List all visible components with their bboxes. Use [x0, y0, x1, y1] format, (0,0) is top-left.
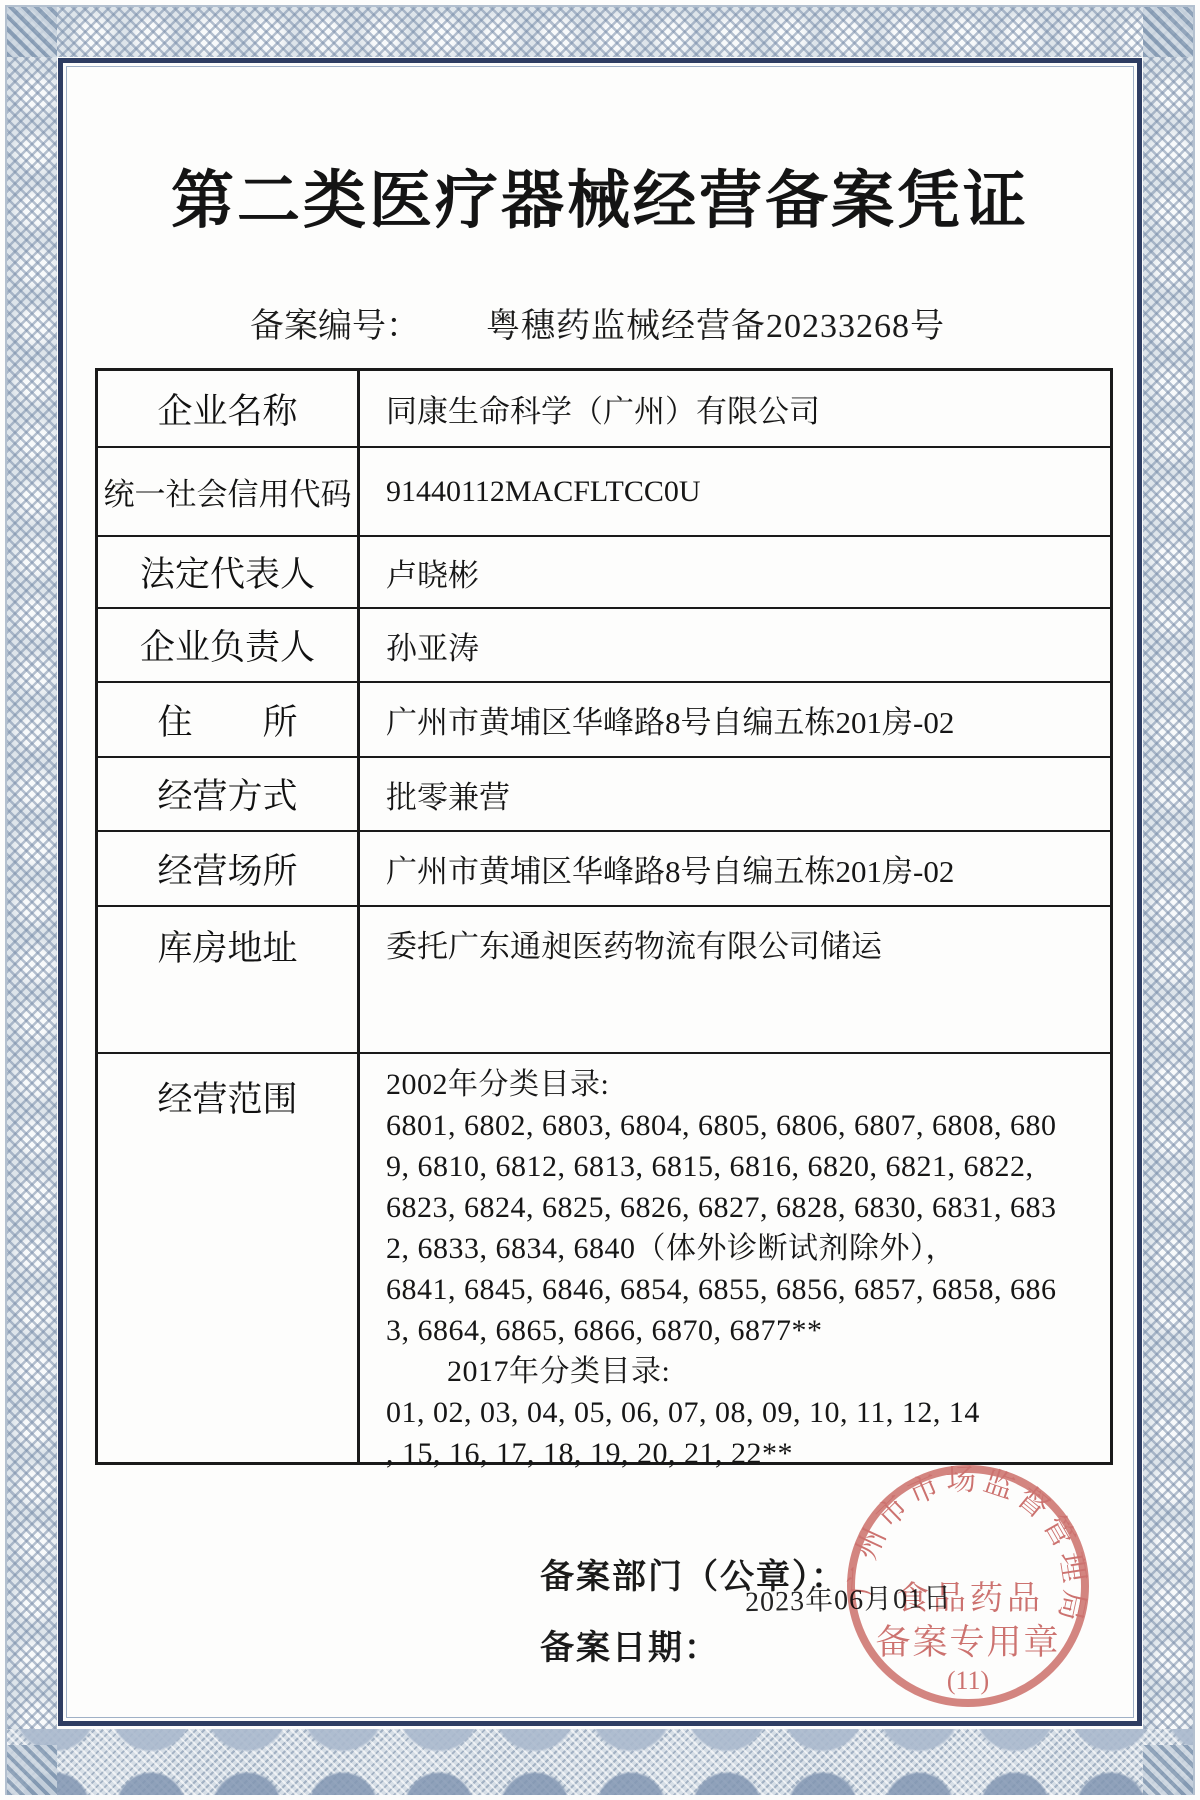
scope-line: 2, 6833, 6834, 6840（体外诊断试剂除外）， [386, 1228, 1102, 1269]
border-corner-bottom-left [7, 1745, 57, 1795]
table-row-warehouse-address: 库房地址 委托广东通昶医药物流有限公司储运 [98, 905, 1110, 1052]
table-row-company-name: 企业名称 同康生命科学（广州）有限公司 [98, 371, 1110, 446]
guilloche-band-left [7, 7, 57, 1795]
guilloche-band-bottom [7, 1729, 1193, 1795]
scope-line: 2002年分类目录: [386, 1064, 1102, 1105]
row-label: 统一社会信用代码 [98, 448, 357, 535]
certificate-page: 第二类医疗器械经营备案凭证 备案编号：粤穗药监械经营备20233268号 企业名… [0, 0, 1200, 1800]
guilloche-band-top [7, 7, 1193, 57]
filing-number-label: 备案编号： [250, 308, 420, 345]
table-row-residence: 住 所 广州市黄埔区华峰路8号自编五栋201房-02 [98, 681, 1110, 756]
guilloche-band-right [1143, 7, 1193, 1795]
scope-line: , 15, 16, 17, 18, 19, 20, 21, 22** [386, 1433, 1102, 1474]
scope-line: 6801, 6802, 6803, 6804, 6805, 6806, 6807… [386, 1105, 1102, 1146]
table-row-business-mode: 经营方式 批零兼营 [98, 756, 1110, 830]
border-corner-top-left [7, 7, 57, 57]
filing-date-value: 2023年06月01日 [745, 1576, 953, 1620]
row-value: 批零兼营 [357, 758, 1110, 830]
table-row-credit-code: 统一社会信用代码 91440112MACFLTCC0U [98, 446, 1110, 535]
row-value: 卢晓彬 [357, 537, 1110, 607]
row-label: 住 所 [98, 683, 357, 756]
row-label: 经营场所 [98, 832, 357, 905]
table-row-person-in-charge: 企业负责人 孙亚涛 [98, 607, 1110, 681]
scope-line: 2017年分类目录: [386, 1351, 1102, 1392]
filing-date-label: 备案日期： [540, 1620, 720, 1669]
certificate-title: 第二类医疗器械经营备案凭证 [0, 150, 1200, 241]
row-label: 经营方式 [98, 758, 357, 830]
scope-line: 6823, 6824, 6825, 6826, 6827, 6828, 6830… [386, 1187, 1102, 1228]
filing-number-value: 粤穗药监械经营备20233268号 [486, 308, 945, 345]
seal-line-number: (11) [947, 1666, 989, 1695]
scope-line: 6841, 6845, 6846, 6854, 6855, 6856, 6857… [386, 1269, 1102, 1310]
row-value: 孙亚涛 [357, 609, 1110, 681]
row-value: 同康生命科学（广州）有限公司 [357, 371, 1110, 446]
row-value: 广州市黄埔区华峰路8号自编五栋201房-02 [357, 683, 1110, 756]
table-row-legal-representative: 法定代表人 卢晓彬 [98, 535, 1110, 607]
scope-line: 01, 02, 03, 04, 05, 06, 07, 08, 09, 10, … [386, 1392, 1102, 1433]
row-value: 广州市黄埔区华峰路8号自编五栋201房-02 [357, 832, 1110, 905]
border-corner-top-right [1143, 7, 1193, 57]
row-value: 91440112MACFLTCC0U [357, 448, 1110, 535]
scope-line: 9, 6810, 6812, 6813, 6815, 6816, 6820, 6… [386, 1146, 1102, 1187]
row-label: 法定代表人 [98, 537, 357, 607]
table-row-business-premises: 经营场所 广州市黄埔区华峰路8号自编五栋201房-02 [98, 830, 1110, 905]
row-value: 委托广东通昶医药物流有限公司储运 [357, 907, 1110, 1052]
row-label: 经营范围 [98, 1054, 357, 1462]
certificate-table: 企业名称 同康生命科学（广州）有限公司 统一社会信用代码 91440112MAC… [95, 368, 1113, 1465]
filing-number-line: 备案编号：粤穗药监械经营备20233268号 [250, 298, 945, 347]
row-label: 库房地址 [98, 907, 357, 1052]
table-row-business-scope: 经营范围 2002年分类目录: 6801, 6802, 6803, 6804, … [98, 1052, 1110, 1462]
border-corner-bottom-right [1143, 1745, 1193, 1795]
seal-line-filing-chop: 备案专用章 [875, 1623, 1060, 1662]
scope-line: 3, 6864, 6865, 6866, 6870, 6877** [386, 1310, 1102, 1351]
business-scope-text: 2002年分类目录: 6801, 6802, 6803, 6804, 6805,… [357, 1054, 1110, 1462]
row-label: 企业名称 [98, 371, 357, 446]
row-label: 企业负责人 [98, 609, 357, 681]
